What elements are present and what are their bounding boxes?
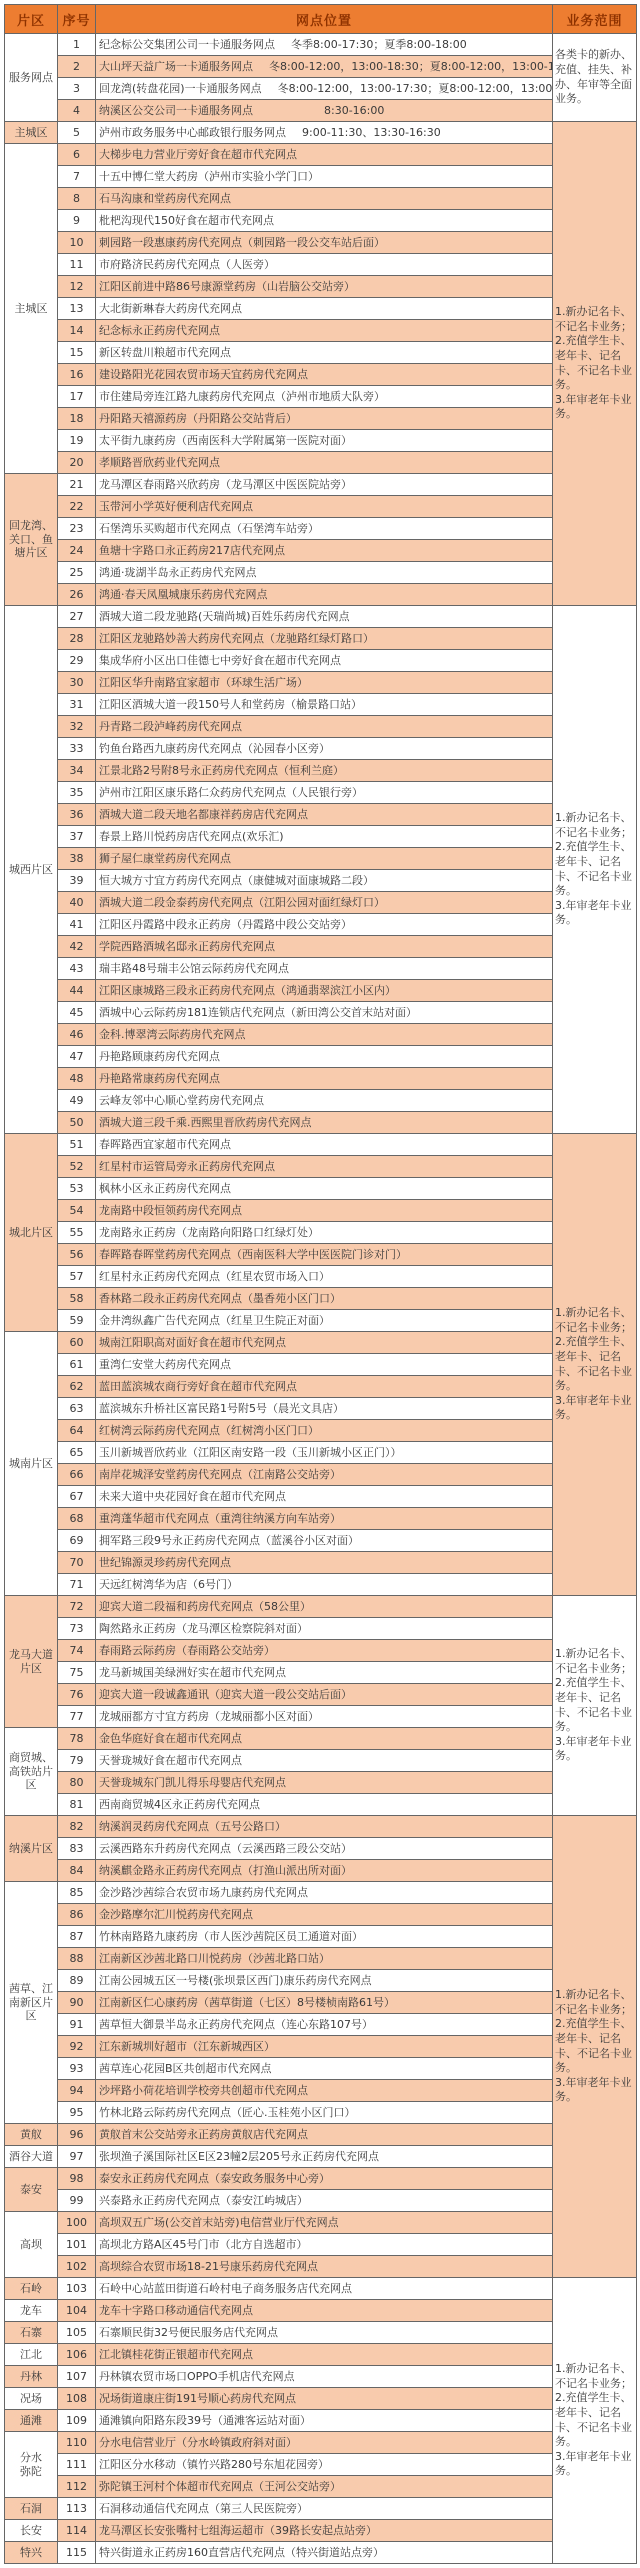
serial-cell: 59 [58,1310,96,1332]
location-name: 集成华府小区出口佳德七中旁好食在超市代充网点 [99,654,341,667]
table-row: 主城区5泸州市政务服务中心邮政银行服务网点9:00-11:30、13:30-16… [5,122,637,144]
table-row: 80天誉珑城东门凯儿得乐母婴店代充网点 [5,1772,637,1794]
table-row: 43瑞丰路48号瑞丰公馆云际药房代充网点 [5,958,637,980]
location-name: 高坝双五广场(公交首末站旁)电信营业厅代充网点 [99,2216,339,2229]
district-cell: 城北片区 [5,1134,58,1332]
table-row: 76迎宾大道一段诚鑫通讯（迎宾大道一段公交站后面） [5,1684,637,1706]
location-name: 茜草连心花园B区共创超市代充网点 [99,2062,272,2075]
serial-cell: 27 [58,606,96,628]
location-cell: 江阳区前进中路86号康源堂药房（山岩脑公交站旁） [96,276,553,298]
location-name: 纳溪润灵药房代充网点（五号公路口） [99,1820,286,1833]
location-name: 天誉珑城东门凯儿得乐母婴店代充网点 [99,1776,286,1789]
serial-cell: 62 [58,1376,96,1398]
location-name: 世纪锦源灵珍药房代充网点 [99,1556,231,1569]
serial-cell: 23 [58,518,96,540]
location-name: 况场街道康庄街191号顺心药房代充网点 [99,2392,296,2405]
table-row: 111江阳区分水移动（镇竹兴路280号东旭花园旁） [5,2454,637,2476]
serial-cell: 78 [58,1728,96,1750]
serial-cell: 41 [58,914,96,936]
location-cell: 丹艳路顾康药房代充网点 [96,1046,553,1068]
district-cell: 城西片区 [5,606,58,1134]
location-name: 沙坪路小荷花培训学校旁共创超市代充网点 [99,2084,308,2097]
location-cell: 集成华府小区出口佳德七中旁好食在超市代充网点 [96,650,553,672]
location-name: 云峰友邻中心顺心堂药房代充网点 [99,1094,264,1107]
serial-cell: 48 [58,1068,96,1090]
header-scope: 业务范围 [553,5,637,34]
table-row: 龙车104龙车十字路口移动通信代充网点 [5,2300,637,2322]
location-cell: 纪念标公交集团公司一卡通服务网点冬季8:00-17:30；夏季8:00-18:0… [96,34,553,56]
location-cell: 酒城大道二段龙驰路(天瑞尚城)百姓乐药房代充网点 [96,606,553,628]
table-row: 53枫林小区永正药房代充网点 [5,1178,637,1200]
location-cell: 石岭中心站蓝田街道石岭村电子商务服务店代充网点 [96,2278,553,2300]
location-name: 天誉珑城好食在超市代充网点 [99,1754,242,1767]
location-cell: 况场街道康庄街191号顺心药房代充网点 [96,2388,553,2410]
location-cell: 枫林小区永正药房代充网点 [96,1178,553,1200]
serial-cell: 15 [58,342,96,364]
location-cell: 天誉珑城东门凯儿得乐母婴店代充网点 [96,1772,553,1794]
location-cell: 天远红树湾华为店（6号门） [96,1574,553,1596]
location-cell: 丹艳路常康药房代充网点 [96,1068,553,1090]
serial-cell: 95 [58,2102,96,2124]
district-cell: 服务网点 [5,34,58,122]
location-name: 石堡湾乐买购超市代充网点（石堡湾车站旁） [99,522,319,535]
serial-cell: 37 [58,826,96,848]
serial-cell: 50 [58,1112,96,1134]
location-name: 龙马潭区长安张嘴村七组海运超市（39路长安起点站旁） [99,2524,377,2537]
location-name: 拥军路三段9号永正药房代充网点（蓝溪谷小区对面） [99,1534,359,1547]
location-name: 龙城丽都方寸宜方药房（龙城丽都小区对面） [99,1710,319,1723]
serial-cell: 72 [58,1596,96,1618]
table-row: 84纳溪麒金路永正药房代充网点（打渔山派出所对面） [5,1860,637,1882]
location-cell: 陶然路永正药房（龙马潭区检察院斜对面） [96,1618,553,1640]
location-name: 龙车十字路口移动通信代充网点 [99,2304,253,2317]
table-row: 12江阳区前进中路86号康源堂药房（山岩脑公交站旁） [5,276,637,298]
location-name: 纳溪麒金路永正药房代充网点（打渔山派出所对面） [99,1864,352,1877]
serial-cell: 21 [58,474,96,496]
location-cell: 江北镇桂花街正银超市代充网点 [96,2344,553,2366]
table-row: 83云溪西路东升药房代充网点（云溪西路三段公交站） [5,1838,637,1860]
table-row: 48丹艳路常康药房代充网点 [5,1068,637,1090]
serial-cell: 25 [58,562,96,584]
table-row: 35泸州市江阳区康乐路仁众药房代充网点（人民银行旁） [5,782,637,804]
location-name: 江阳区康城路三段永正药房代充网点（鸿通翡翠滨江小区内） [99,984,396,997]
location-cell: 城南江阳职高对面好食在超市代充网点 [96,1332,553,1354]
location-cell: 江南新区仁心康药房（茜草街道（七区）8号楼桢南路61号） [96,1992,553,2014]
serial-cell: 51 [58,1134,96,1156]
location-name: 江阳区丹霞路中段永正药房（丹霞路中段公交站旁） [99,918,352,931]
table-row: 86金沙路摩尔汇川悦药房代充网点 [5,1904,637,1926]
table-row: 14纪念标永正药房代充网点 [5,320,637,342]
location-name: 狮子屋仁康堂药房代充网点 [99,852,231,865]
location-name: 江阳区华升南路宜家超市（环球生活广场） [99,676,308,689]
location-cell: 茜草恒大御景半岛永正药房代充网点（连心东路107号） [96,2014,553,2036]
location-name: 新区转盘川粮超市代充网点 [99,346,231,359]
location-name: 丹艳路顾康药房代充网点 [99,1050,220,1063]
table-row: 20孝顺路晋欣药业代充网点 [5,452,637,474]
table-row: 89江南公园城五区一号楼(张坝景区西门)康乐药房代充网点 [5,1970,637,1992]
table-row: 30江阳区华升南路宜家超市（环球生活广场） [5,672,637,694]
location-name: 云溪西路东升药房代充网点（云溪西路三段公交站） [99,1842,352,1855]
business-scope-cell: 各类卡的新办、充值、挂失、补办、年审等全面业务。 [553,34,637,122]
location-cell: 拥军路三段9号永正药房代充网点（蓝溪谷小区对面） [96,1530,553,1552]
location-cell: 石马沟康和堂药房代充网点 [96,188,553,210]
serial-cell: 20 [58,452,96,474]
table-row: 52红星村市运管局旁永正药房代充网点 [5,1156,637,1178]
serial-cell: 28 [58,628,96,650]
location-name: 江南新区仁心康药房（茜草街道（七区）8号楼桢南路61号） [99,1996,395,2009]
table-row: 15新区转盘川粮超市代充网点 [5,342,637,364]
location-cell: 龙马潭区长安张嘴村七组海运超市（39路长安起点站旁） [96,2520,553,2542]
serial-cell: 19 [58,430,96,452]
table-row: 况场108况场街道康庄街191号顺心药房代充网点 [5,2388,637,2410]
serial-cell: 7 [58,166,96,188]
table-row: 特兴115特兴街道永正药房160直营店代充网点（特兴街道站点旁） [5,2542,637,2564]
table-row: 江北106江北镇桂花街正银超市代充网点 [5,2344,637,2366]
location-name: 通滩镇向阳路东段39号（通滩客运站对面） [99,2414,311,2427]
serial-cell: 5 [58,122,96,144]
business-scope-cell: 1.新办记名卡、不记名卡业务； 2.充值学生卡、老年卡、记名卡、不记名卡业务。 … [553,122,637,606]
serial-cell: 102 [58,2256,96,2278]
district-cell: 主城区 [5,122,58,144]
serial-cell: 35 [58,782,96,804]
table-row: 泰安98泰安永正药房代充网点（泰安政务服务中心旁） [5,2168,637,2190]
location-name: 龙马潭区春雨路兴欣药房（龙马潭区中医医院站旁） [99,478,352,491]
location-name: 石寨顺民街32号便民服务店代充网点 [99,2326,278,2339]
location-cell: 春景上路川悦药房店代充网点(欢乐汇) [96,826,553,848]
serial-cell: 2 [58,56,96,78]
location-name: 弥陀镇王河村个体超市代充网点（王河公交站旁） [99,2480,341,2493]
location-cell: 酒城大道三段千乘.西熙里晋欣药房代充网点 [96,1112,553,1134]
table-row: 18丹阳路天禧源药房（丹阳路公交站背后） [5,408,637,430]
location-cell: 江阳区丹霞路中段永正药房（丹霞路中段公交站旁） [96,914,553,936]
table-row: 65玉川新城晋欣药业（江阳区南安路一段（玉川新城小区正门）） [5,1442,637,1464]
location-name: 建设路阳光花园农贸市场天宜药房代充网点 [99,368,308,381]
location-name: 市住建局旁连江路九康药房代充网点（泸州市地质大队旁） [99,390,385,403]
location-name: 金色华庭好食在超市代充网点 [99,1732,242,1745]
location-name: 石洞移动通信代充网点（第三人民医院旁） [99,2502,308,2515]
location-name: 玉川新城晋欣药业（江阳区南安路一段（玉川新城小区正门）） [99,1446,402,1459]
serial-cell: 92 [58,2036,96,2058]
location-name: 太平街九康药房（西南医科大学附属第一医院对面） [99,434,352,447]
serial-cell: 106 [58,2344,96,2366]
serial-cell: 17 [58,386,96,408]
district-cell: 江北 [5,2344,58,2366]
table-body: 服务网点1纪念标公交集团公司一卡通服务网点冬季8:00-17:30；夏季8:00… [5,34,637,2564]
location-cell: 金沙路摩尔汇川悦药房代充网点 [96,1904,553,1926]
location-cell: 金色华庭好食在超市代充网点 [96,1728,553,1750]
location-cell: 江南公园城五区一号楼(张坝景区西门)康乐药房代充网点 [96,1970,553,1992]
location-cell: 江阳区分水移动（镇竹兴路280号东旭花园旁） [96,2454,553,2476]
serial-cell: 105 [58,2322,96,2344]
table-row: 39恒大城方寸宜方药房代充网点（康健城对面康城路二段） [5,870,637,892]
business-scope-cell: 1.新办记名卡、不记名卡业务； 2.充值学生卡、老年卡、记名卡、不记名卡业务。 … [553,1134,637,1596]
location-cell: 江景北路2号附8号永正药房代充网点（恒利兰庭） [96,760,553,782]
location-name: 枇杷沟现代150好食在超市代充网点 [99,214,274,227]
location-cell: 建设路阳光花园农贸市场天宜药房代充网点 [96,364,553,386]
location-name: 十五中博仁堂大药房（泸州市实验小学门口） [99,170,319,183]
table-row: 2大山坪天益广场一卡通服务网点冬8:00-12:00，13:00-18:30；夏… [5,56,637,78]
location-name: 泸州市政务服务中心邮政银行服务网点 [99,126,286,139]
location-name: 红树湾云际药房代充网点（红树湾小区门口） [99,1424,319,1437]
location-cell: 江南新区沙茜北路口川悦药房（沙茜北路口站） [96,1948,553,1970]
serial-cell: 22 [58,496,96,518]
table-row: 101高坝北方路A区45号门市（北方自选超市） [5,2234,637,2256]
location-cell: 蓝田蓝滨城农商行旁好食在超市代充网点 [96,1376,553,1398]
location-cell: 泸州市江阳区康乐路仁众药房代充网点（人民银行旁） [96,782,553,804]
location-name: 龙南路永正药房（龙南路向阳路口红绿灯处） [99,1226,319,1239]
location-cell: 分水电信营业厅（分水岭镇政府斜对面） [96,2432,553,2454]
district-cell: 酒谷大道 [5,2146,58,2168]
table-row: 90江南新区仁心康药房（茜草街道（七区）8号楼桢南路61号） [5,1992,637,2014]
location-cell: 鱼塘十字路口永正药房217店代充网点 [96,540,553,562]
table-row: 通滩109通滩镇向阳路东段39号（通滩客运站对面） [5,2410,637,2432]
location-cell: 黄舣首末公交站旁永正药房黄舣店代充网点 [96,2124,553,2146]
location-name: 丹林镇农贸市场口OPPO手机店代充网点 [99,2370,295,2383]
serial-cell: 42 [58,936,96,958]
table-row: 66南岸花城泽安堂药房代充网点（江南路公交站旁） [5,1464,637,1486]
location-name: 春晖路春晖堂药房代充网点（西南医科大学中医医院门诊对门） [99,1248,407,1261]
serial-cell: 61 [58,1354,96,1376]
table-row: 城西片区27酒城大道二段龙驰路(天瑞尚城)百姓乐药房代充网点1.新办记名卡、不记… [5,606,637,628]
location-cell: 春雨路云际药房（春雨路公交站旁） [96,1640,553,1662]
table-row: 41江阳区丹霞路中段永正药房（丹霞路中段公交站旁） [5,914,637,936]
table-row: 40酒城大道二段金泰药房代充网点（江阳公园对面红绿灯口） [5,892,637,914]
location-cell: 春晖路西宜家超市代充网点 [96,1134,553,1156]
serial-cell: 100 [58,2212,96,2234]
serial-cell: 67 [58,1486,96,1508]
table-row: 石岭103石岭中心站蓝田街道石岭村电子商务服务店代充网点1.新办记名卡、不记名卡… [5,2278,637,2300]
serial-cell: 83 [58,1838,96,1860]
location-cell: 瑞丰路48号瑞丰公馆云际药房代充网点 [96,958,553,980]
location-name: 江景北路2号附8号永正药房代充网点（恒利兰庭） [99,764,344,777]
location-name: 丹阳路天禧源药房（丹阳路公交站背后） [99,412,297,425]
location-name: 市府路济民药房代充网点（人医旁） [99,258,275,271]
serial-cell: 97 [58,2146,96,2168]
district-cell: 黄舣 [5,2124,58,2146]
header-row: 片区 序号 网点位置 业务范围 [5,5,637,34]
table-row: 商贸城、高铁站片区78金色华庭好食在超市代充网点 [5,1728,637,1750]
location-cell: 高坝双五广场(公交首末站旁)电信营业厅代充网点 [96,2212,553,2234]
table-row: 77龙城丽都方寸宜方药房（龙城丽都小区对面） [5,1706,637,1728]
table-row: 服务网点1纪念标公交集团公司一卡通服务网点冬季8:00-17:30；夏季8:00… [5,34,637,56]
table-row: 47丹艳路顾康药房代充网点 [5,1046,637,1068]
location-cell: 高坝综合农贸市场18-21号康乐药房代充网点 [96,2256,553,2278]
table-row: 23石堡湾乐买购超市代充网点（石堡湾车站旁） [5,518,637,540]
table-row: 92江东新城圳好超市（江东新城西区） [5,2036,637,2058]
location-name: 香林路二段永正药房代充网点（墨香苑小区门口） [99,1292,341,1305]
location-cell: 纳溪麒金路永正药房代充网点（打渔山派出所对面） [96,1860,553,1882]
serial-cell: 93 [58,2058,96,2080]
serial-cell: 103 [58,2278,96,2300]
location-name: 鸿通·春天凤凰城康乐药房代充网点 [99,588,268,601]
location-cell: 天誉珑城好食在超市代充网点 [96,1750,553,1772]
table-row: 99兴泰路永正药房代充网点（泰安江屿城店） [5,2190,637,2212]
location-name: 钓鱼台路西九康药房代充网点（沁园春小区旁） [99,742,330,755]
location-name: 丹艳路常康药房代充网点 [99,1072,220,1085]
table-row: 36酒城大道二段天地名都康祥药房店代充网点 [5,804,637,826]
table-row: 8石马沟康和堂药房代充网点 [5,188,637,210]
district-cell: 高坝 [5,2212,58,2278]
table-row: 10刺园路一段惠康药房代充网点（刺园路一段公交车站后面） [5,232,637,254]
location-name: 江阳区龙驰路妙善大药房代充网点（龙驰路红绿灯路口） [99,632,374,645]
table-row: 24鱼塘十字路口永正药房217店代充网点 [5,540,637,562]
table-row: 74春雨路云际药房（春雨路公交站旁） [5,1640,637,1662]
location-name: 酒城中心云际药房181连锁店代充网点（新田湾公交首末站对面） [99,1006,417,1019]
serial-cell: 111 [58,2454,96,2476]
serial-cell: 12 [58,276,96,298]
location-name: 未来大道中央花园好食在超市代充网点 [99,1490,286,1503]
location-cell: 江阳区华升南路宜家超市（环球生活广场） [96,672,553,694]
table-row: 58香林路二段永正药房代充网点（墨香苑小区门口） [5,1288,637,1310]
district-cell: 纳溪片区 [5,1816,58,1882]
location-cell: 石堡湾乐买购超市代充网点（石堡湾车站旁） [96,518,553,540]
location-cell: 江东新城圳好超市（江东新城西区） [96,2036,553,2058]
table-row: 46金科.博翠湾云际药房代充网点 [5,1024,637,1046]
district-cell: 回龙湾、关口、鱼塘片区 [5,474,58,606]
location-name: 张坝渔子溪国际社区E区23幢2层205号永正药房代充网点 [99,2150,379,2163]
location-cell: 龙车十字路口移动通信代充网点 [96,2300,553,2322]
table-row: 丹林107丹林镇农贸市场口OPPO手机店代充网点 [5,2366,637,2388]
location-cell: 竹林南路路九康药房（市人医沙茜院区员工通道对面） [96,1926,553,1948]
location-cell: 云峰友邻中心顺心堂药房代充网点 [96,1090,553,1112]
table-row: 28江阳区龙驰路妙善大药房代充网点（龙驰路红绿灯路口） [5,628,637,650]
location-cell: 鸿通·珑湖半岛永正药房代充网点 [96,562,553,584]
location-name: 南岸花城泽安堂药房代充网点（江南路公交站旁） [99,1468,341,1481]
opening-hours: 冬8:00-12:00，13:00-17:30；夏8:00-12:00，13:0… [278,82,553,95]
location-name: 学院西路酒城名邸永正药房代充网点 [99,940,275,953]
serial-cell: 31 [58,694,96,716]
serial-cell: 66 [58,1464,96,1486]
location-cell: 沙坪路小荷花培训学校旁共创超市代充网点 [96,2080,553,2102]
location-cell: 弥陀镇王河村个体超市代充网点（王河公交站旁） [96,2476,553,2498]
location-cell: 鸿通·春天凤凰城康乐药房代充网点 [96,584,553,606]
location-cell: 红树湾云际药房代充网点（红树湾小区门口） [96,1420,553,1442]
district-cell: 分水 弥陀 [5,2432,58,2498]
location-cell: 云溪西路东升药房代充网点（云溪西路三段公交站） [96,1838,553,1860]
district-cell: 石洞 [5,2498,58,2520]
location-name: 春晖路西宜家超市代充网点 [99,1138,231,1151]
location-name: 龙南路中段恒领药房代充网点 [99,1204,242,1217]
network-points-table: 片区 序号 网点位置 业务范围 服务网点1纪念标公交集团公司一卡通服务网点冬季8… [4,4,637,2564]
serial-cell: 11 [58,254,96,276]
location-name: 江阳区前进中路86号康源堂药房（山岩脑公交站旁） [99,280,355,293]
serial-cell: 29 [58,650,96,672]
location-name: 江北镇桂花街正银超市代充网点 [99,2348,253,2361]
district-cell: 泰安 [5,2168,58,2212]
location-name: 酒城大道三段千乘.西熙里晋欣药房代充网点 [99,1116,312,1129]
district-cell: 主城区 [5,144,58,474]
district-cell: 龙马大道片区 [5,1596,58,1728]
table-row: 19太平街九康药房（西南医科大学附属第一医院对面） [5,430,637,452]
serial-cell: 40 [58,892,96,914]
location-cell: 太平街九康药房（西南医科大学附属第一医院对面） [96,430,553,452]
location-name: 江东新城圳好超市（江东新城西区） [99,2040,275,2053]
serial-cell: 39 [58,870,96,892]
table-row: 54龙南路中段恒领药房代充网点 [5,1200,637,1222]
table-row: 黄舣96黄舣首末公交站旁永正药房黄舣店代充网点 [5,2124,637,2146]
table-row: 81西南商贸城4区永正药房代充网点 [5,1794,637,1816]
serial-cell: 75 [58,1662,96,1684]
table-row: 16建设路阳光花园农贸市场天宜药房代充网点 [5,364,637,386]
table-row: 68重湾蓬华超市代充网点（重湾往纳溪方向车站旁） [5,1508,637,1530]
table-row: 4纳溪区公交公司一卡通服务网点 8:30-16:00 [5,100,637,122]
table-row: 44江阳区康城路三段永正药房代充网点（鸿通翡翠滨江小区内） [5,980,637,1002]
table-row: 87竹林南路路九康药房（市人医沙茜院区员工通道对面） [5,1926,637,1948]
table-row: 长安114龙马潭区长安张嘴村七组海运超市（39路长安起点站旁） [5,2520,637,2542]
table-row: 91茜草恒大御景半岛永正药房代充网点（连心东路107号） [5,2014,637,2036]
location-name: 高坝综合农贸市场18-21号康乐药房代充网点 [99,2260,318,2273]
table-row: 3回龙湾(转盘花园)一卡通服务网点冬8:00-12:00，13:00-17:30… [5,78,637,100]
location-name: 兴泰路永正药房代充网点（泰安江屿城店） [99,2194,308,2207]
table-row: 64红树湾云际药房代充网点（红树湾小区门口） [5,1420,637,1442]
location-name: 石岭中心站蓝田街道石岭村电子商务服务店代充网点 [99,2282,352,2295]
table-row: 69拥军路三段9号永正药房代充网点（蓝溪谷小区对面） [5,1530,637,1552]
location-cell: 蓝滨城东升桥社区富民路1号附5号（晨光文具店） [96,1398,553,1420]
location-cell: 龙城丽都方寸宜方药房（龙城丽都小区对面） [96,1706,553,1728]
table-row: 95竹林北路云际药房代充网点（匠心.玉桂苑小区门口） [5,2102,637,2124]
location-name: 江阳区酒城大道一段150号人和堂药房（榆景路口站） [99,698,362,711]
table-row: 29集成华府小区出口佳德七中旁好食在超市代充网点 [5,650,637,672]
location-cell: 龙马潭区春雨路兴欣药房（龙马潭区中医医院站旁） [96,474,553,496]
table-row: 73陶然路永正药房（龙马潭区检察院斜对面） [5,1618,637,1640]
opening-hours: 8:30-16:00 [269,104,384,117]
location-name: 竹林北路云际药房代充网点（匠心.玉桂苑小区门口） [99,2106,356,2119]
location-cell: 迎宾大道一段诚鑫通讯（迎宾大道一段公交站后面） [96,1684,553,1706]
serial-cell: 74 [58,1640,96,1662]
location-cell: 龙马新城国美绿洲好实在超市代充网点 [96,1662,553,1684]
table-row: 22玉带河小学英好便利店代充网点 [5,496,637,518]
location-name: 高坝北方路A区45号门市（北方自选超市） [99,2238,308,2251]
table-row: 13大北街新琳春大药房代充网点 [5,298,637,320]
serial-cell: 89 [58,1970,96,1992]
location-name: 大山坪天益广场一卡通服务网点 [99,60,253,73]
location-cell: 红星村市运管局旁永正药房代充网点 [96,1156,553,1178]
serial-cell: 87 [58,1926,96,1948]
location-name: 纪念标永正药房代充网点 [99,324,220,337]
table-row: 34江景北路2号附8号永正药房代充网点（恒利兰庭） [5,760,637,782]
location-cell: 酒城中心云际药房181连锁店代充网点（新田湾公交首末站对面） [96,1002,553,1024]
location-cell: 纪念标永正药房代充网点 [96,320,553,342]
serial-cell: 55 [58,1222,96,1244]
table-row: 67未来大道中央花园好食在超市代充网点 [5,1486,637,1508]
location-name: 恒大城方寸宜方药房代充网点（康健城对面康城路二段） [99,874,374,887]
table-row: 7十五中博仁堂大药房（泸州市实验小学门口） [5,166,637,188]
location-name: 鱼塘十字路口永正药房217店代充网点 [99,544,285,557]
location-cell: 石洞移动通信代充网点（第三人民医院旁） [96,2498,553,2520]
serial-cell: 107 [58,2366,96,2388]
table-row: 17市住建局旁连江路九康药房代充网点（泸州市地质大队旁） [5,386,637,408]
location-cell: 龙南路中段恒领药房代充网点 [96,1200,553,1222]
location-name: 泰安永正药房代充网点（泰安政务服务中心旁） [99,2172,330,2185]
location-cell: 枇杷沟现代150好食在超市代充网点 [96,210,553,232]
location-name: 西南商贸城4区永正药房代充网点 [99,1798,260,1811]
serial-cell: 101 [58,2234,96,2256]
table-row: 石洞113石洞移动通信代充网点（第三人民医院旁） [5,2498,637,2520]
location-cell: 兴泰路永正药房代充网点（泰安江屿城店） [96,2190,553,2212]
location-cell: 江阳区龙驰路妙善大药房代充网点（龙驰路红绿灯路口） [96,628,553,650]
location-name: 陶然路永正药房（龙马潭区检察院斜对面） [99,1622,308,1635]
location-name: 特兴街道永正药房160直营店代充网点（特兴街道站点旁） [99,2546,384,2559]
serial-cell: 53 [58,1178,96,1200]
location-cell: 江阳区康城路三段永正药房代充网点（鸿通翡翠滨江小区内） [96,980,553,1002]
location-cell: 回龙湾(转盘花园)一卡通服务网点冬8:00-12:00，13:00-17:30；… [96,78,553,100]
district-cell: 况场 [5,2388,58,2410]
serial-cell: 114 [58,2520,96,2542]
location-cell: 市住建局旁连江路九康药房代充网点（泸州市地质大队旁） [96,386,553,408]
serial-cell: 58 [58,1288,96,1310]
serial-cell: 88 [58,1948,96,1970]
district-cell: 特兴 [5,2542,58,2564]
